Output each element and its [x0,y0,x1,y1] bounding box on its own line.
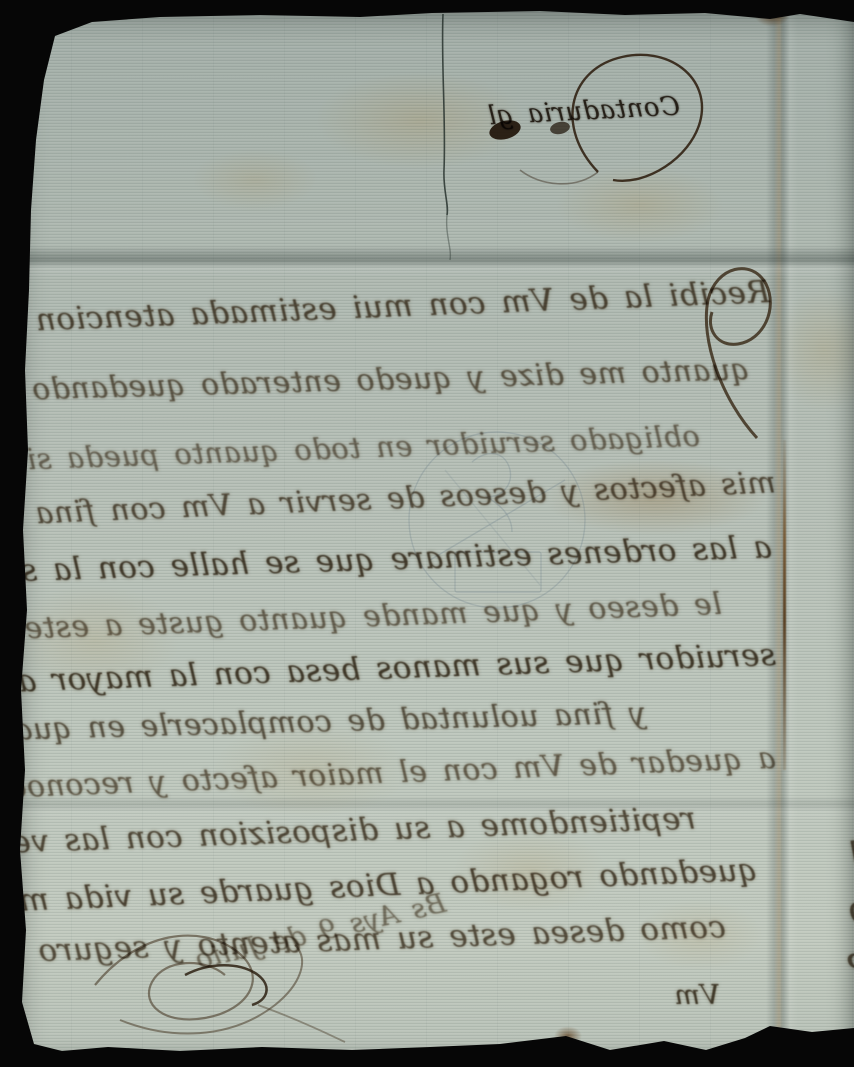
closing-line: Vm [600,980,720,1011]
edge-fragment-text: g [812,828,854,869]
edge-fragment: P [806,948,854,989]
edge-fragment: g [812,828,854,869]
paper-crack-line [443,14,451,260]
closing-text: Vm [600,980,720,1011]
paper-sheet: Contaduria gl Recibi la de Vm con mui es… [0,0,854,1067]
edge-fragment-text: P [806,948,854,989]
edge-fragment: b [808,888,854,932]
scanned-letter-page: Contaduria gl Recibi la de Vm con mui es… [0,0,854,1067]
edge-fragment-text: b [808,888,854,932]
